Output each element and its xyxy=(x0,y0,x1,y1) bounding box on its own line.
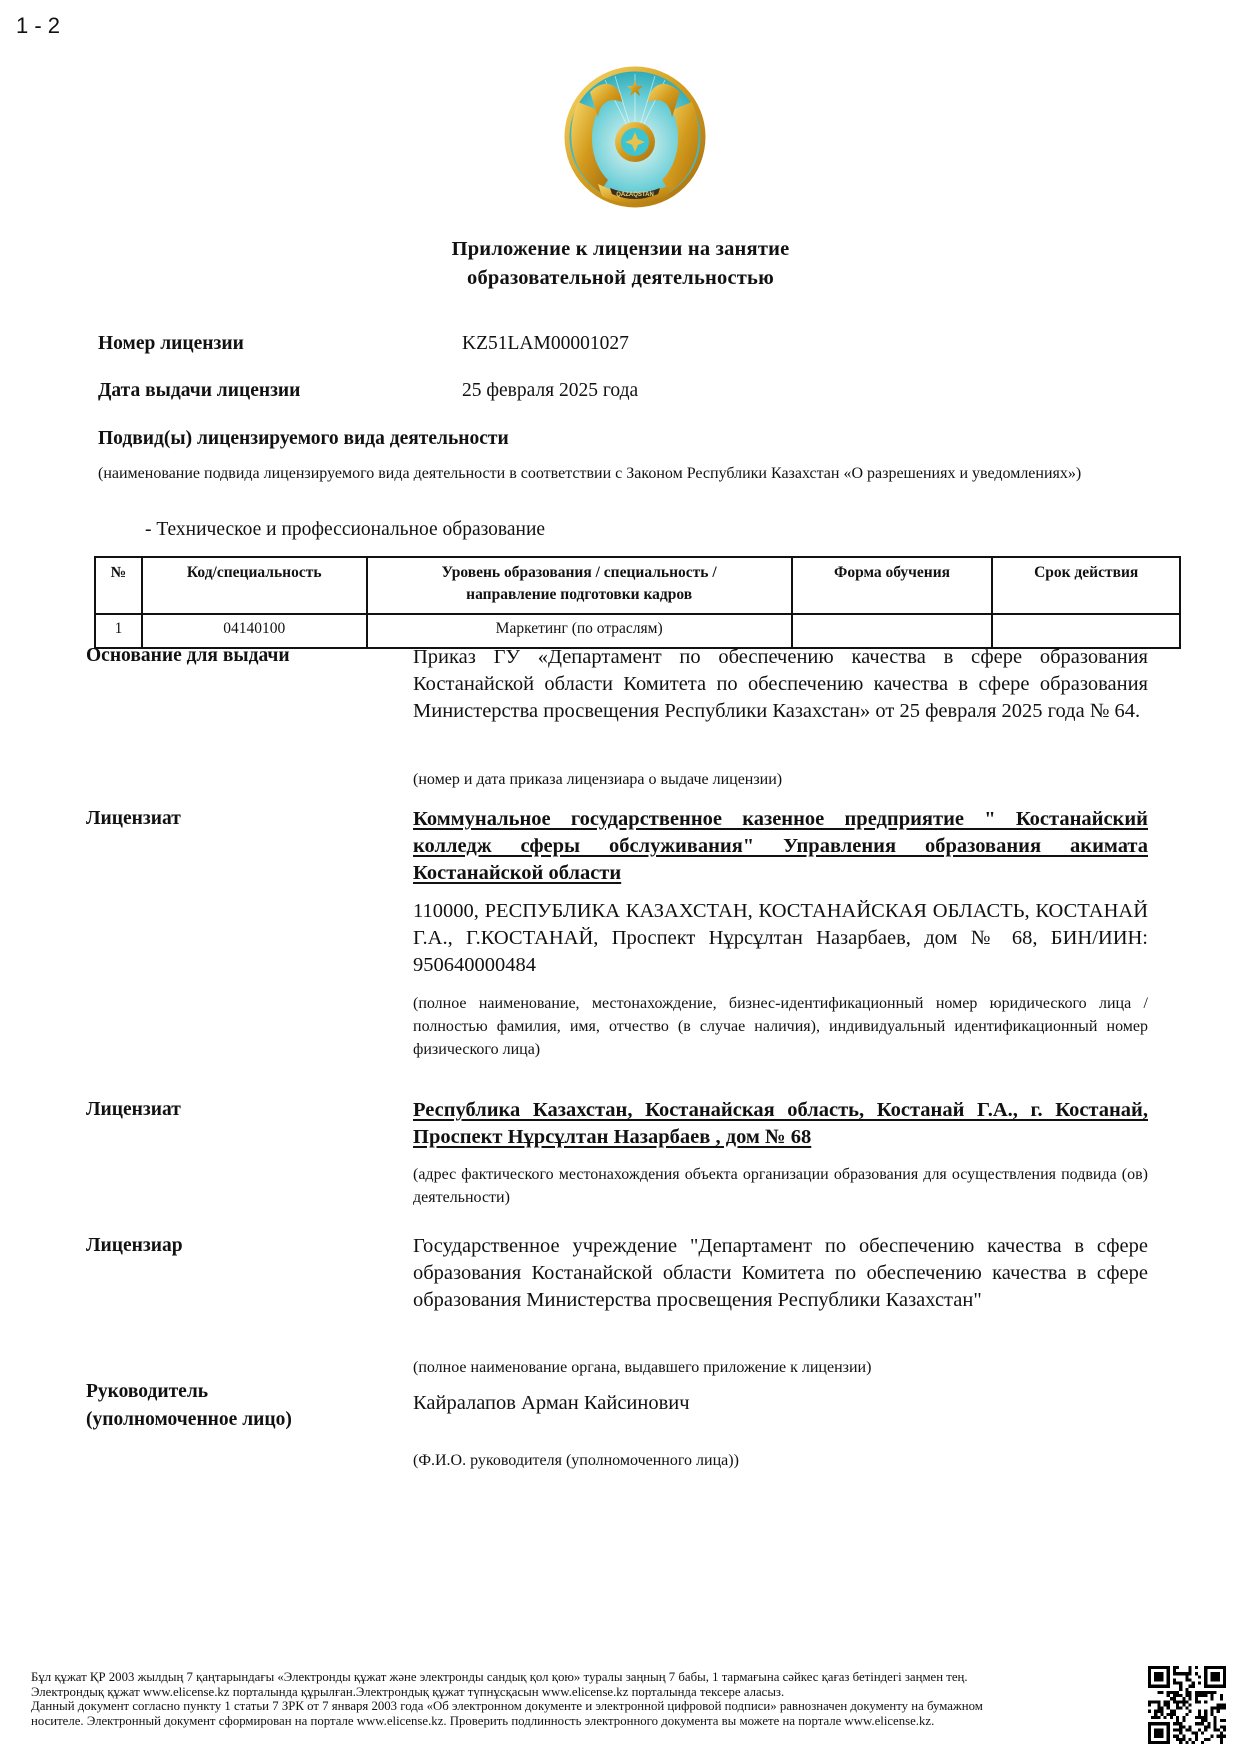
licensor-note: (полное наименование органа, выдавшего п… xyxy=(413,1356,871,1379)
basis-note: (номер и дата приказа лицензиара о выдач… xyxy=(413,768,782,791)
license-number-value: KZ51LAM00001027 xyxy=(462,333,629,355)
head-label-line2: (уполномоченное лицо) xyxy=(86,1409,292,1431)
page-indicator: 1 - 2 xyxy=(16,13,60,39)
subtype-heading: Подвид(ы) лицензируемого вида деятельнос… xyxy=(98,428,509,450)
footer-line-3: Данный документ согласно пункту 1 статьи… xyxy=(31,1699,1141,1714)
licensor-label: Лицензиар xyxy=(86,1235,183,1257)
cell-form xyxy=(792,614,993,648)
col-header-level: Уровень образования / специальность / на… xyxy=(367,557,792,614)
col-header-number: № xyxy=(95,557,142,614)
licensee-location-note: (адрес фактического местонахождения объе… xyxy=(413,1163,1148,1209)
subtype-item: - Техническое и профессиональное образов… xyxy=(145,519,545,541)
basis-label: Основание для выдачи xyxy=(86,645,290,667)
licensee-name: Коммунальное государственное казенное пр… xyxy=(413,806,1148,887)
col-header-code: Код/специальность xyxy=(142,557,367,614)
cell-validity xyxy=(992,614,1180,648)
head-note: (Ф.И.О. руководителя (уполномоченного ли… xyxy=(413,1449,739,1472)
document-title-line1: Приложение к лицензии на занятие xyxy=(0,238,1241,261)
col-header-validity: Срок действия xyxy=(992,557,1180,614)
footer-line-2: Электрондық құжат www.elicense.kz портал… xyxy=(31,1685,1141,1700)
licensee-address: 110000, РЕСПУБЛИКА КАЗАХСТАН, КОСТАНАЙСК… xyxy=(413,898,1148,979)
state-emblem-icon: QAZAQSTAN xyxy=(560,62,710,217)
cell-specialty: Маркетинг (по отраслям) xyxy=(367,614,792,648)
cell-number: 1 xyxy=(95,614,142,648)
footer-line-1: Бұл құжат ҚР 2003 жылдың 7 қаңтарындағы … xyxy=(31,1670,1141,1685)
subtype-note: (наименование подвида лицензируемого вид… xyxy=(98,462,1158,485)
head-label-line1: Руководитель xyxy=(86,1381,208,1403)
footer-line-4: носителе. Электронный документ сформиров… xyxy=(31,1714,1141,1729)
licensor-value: Государственное учреждение "Департамент … xyxy=(413,1233,1148,1314)
cell-code: 04140100 xyxy=(142,614,367,648)
basis-value: Приказ ГУ «Департамент по обеспечению ка… xyxy=(413,644,1148,725)
head-value: Кайралапов Арман Кайсинович xyxy=(413,1390,690,1417)
qr-code-icon[interactable] xyxy=(1148,1666,1226,1744)
license-number-label: Номер лицензии xyxy=(98,333,244,355)
license-date-label: Дата выдачи лицензии xyxy=(98,380,300,402)
col-header-form: Форма обучения xyxy=(792,557,993,614)
licensee-note: (полное наименование, местонахождение, б… xyxy=(413,992,1148,1061)
licensee-label: Лицензиат xyxy=(86,808,181,830)
licensee-location-label: Лицензиат xyxy=(86,1099,181,1121)
license-date-value: 25 февраля 2025 года xyxy=(462,380,638,402)
specialties-table: № Код/специальность Уровень образования … xyxy=(94,556,1181,649)
legal-footer: Бұл құжат ҚР 2003 жылдың 7 қаңтарындағы … xyxy=(31,1670,1141,1728)
licensee-location-value: Республика Казахстан, Костанайская облас… xyxy=(413,1097,1148,1151)
table-row: 1 04140100 Маркетинг (по отраслям) xyxy=(95,614,1180,648)
svg-text:QAZAQSTAN: QAZAQSTAN xyxy=(616,192,654,198)
table-header-row: № Код/специальность Уровень образования … xyxy=(95,557,1180,614)
document-title-line2: образовательной деятельностью xyxy=(0,267,1241,290)
